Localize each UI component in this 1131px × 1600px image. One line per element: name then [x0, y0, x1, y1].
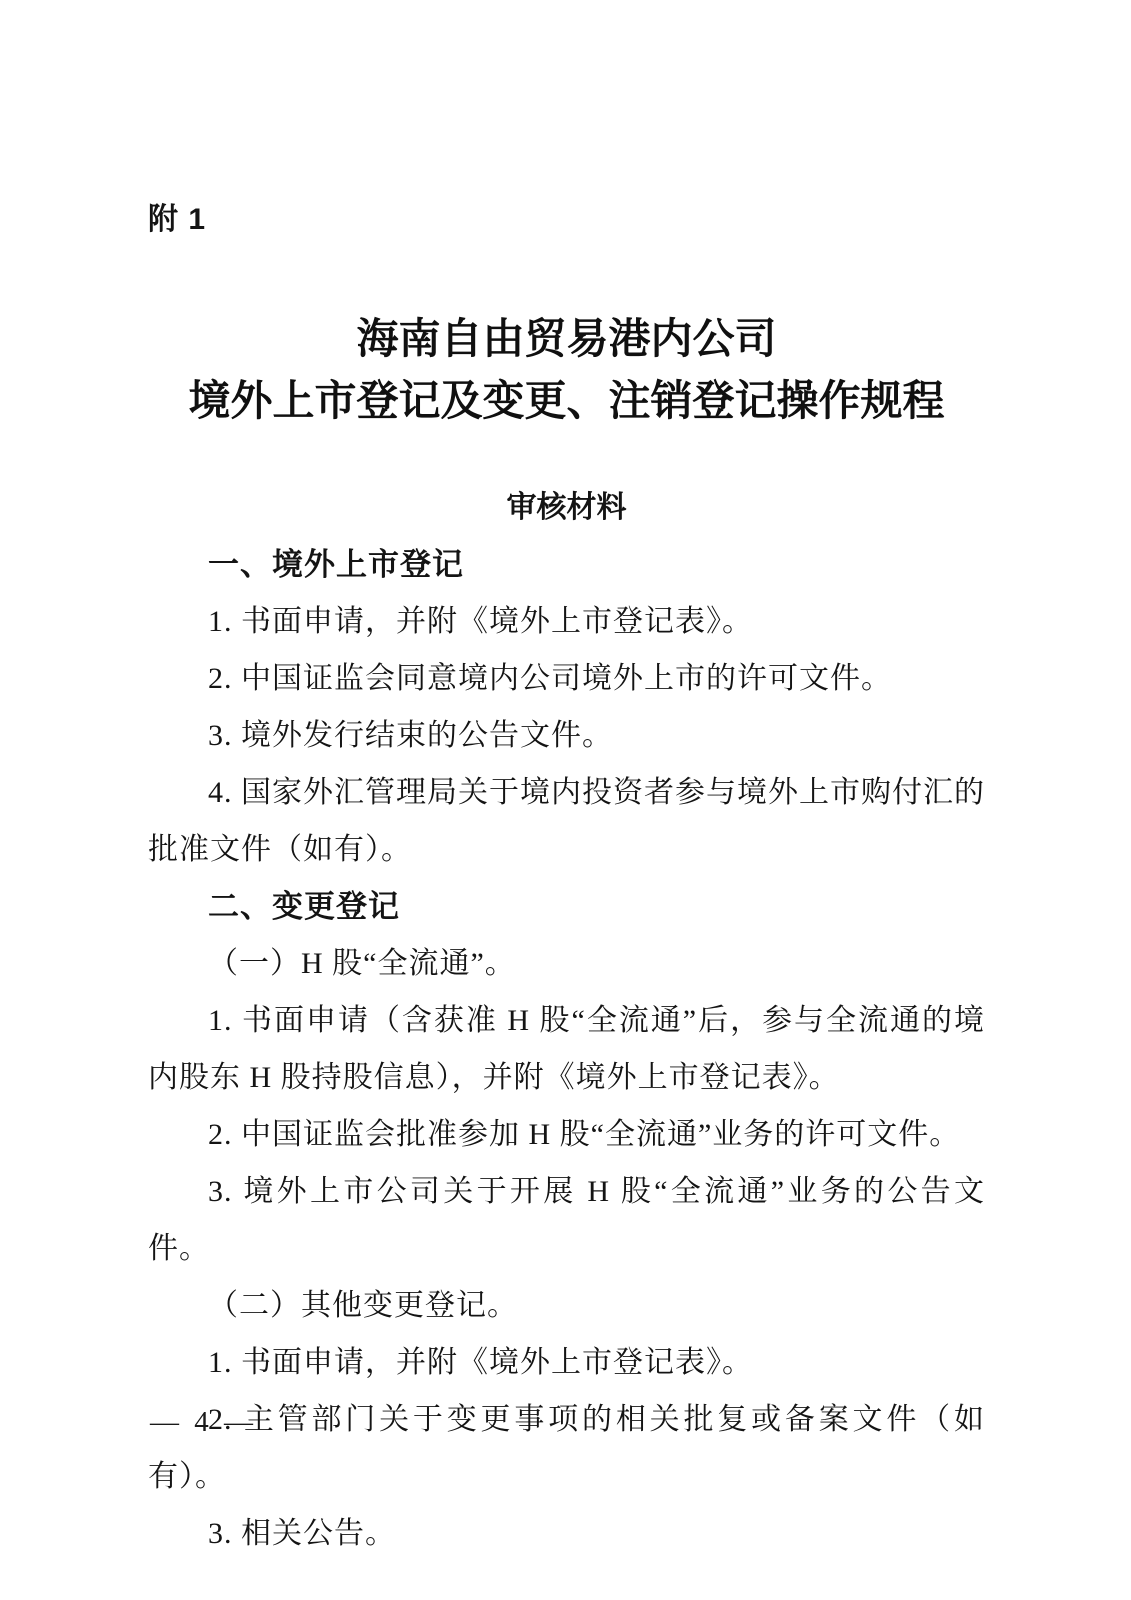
page-number: — 4 — — [150, 1406, 257, 1439]
document-subtitle: 审核材料 — [148, 488, 985, 528]
body-paragraph: 1. 书面申请（含获准 H 股“全流通”后，参与全流通的境内股东 H 股持股信息… — [148, 992, 985, 1106]
document-title-line2: 境外上市登记及变更、注销登记操作规程 — [148, 370, 985, 432]
subsection-label-other-change-registration: （二）其他变更登记。 — [148, 1277, 985, 1334]
document-title: 海南自由贸易港内公司 境外上市登记及变更、注销登记操作规程 — [148, 308, 985, 432]
attachment-label: 附 1 — [148, 202, 985, 238]
body-paragraph: 3. 相关公告。 — [148, 1505, 985, 1562]
body-paragraph: 2. 中国证监会批准参加 H 股“全流通”业务的许可文件。 — [148, 1106, 985, 1163]
body-paragraph: 1. 书面申请，并附《境外上市登记表》。 — [148, 593, 985, 650]
body-paragraph: 4. 国家外汇管理局关于境内投资者参与境外上市购付汇的批准文件（如有）。 — [148, 764, 985, 878]
body-paragraph: 3. 境外上市公司关于开展 H 股“全流通”业务的公告文件。 — [148, 1163, 985, 1277]
body-paragraph: 2. 中国证监会同意境内公司境外上市的许可文件。 — [148, 650, 985, 707]
document-title-line1: 海南自由贸易港内公司 — [148, 308, 985, 370]
body-paragraph: 3. 境外发行结束的公告文件。 — [148, 707, 985, 764]
document-body: 一、境外上市登记 1. 书面申请，并附《境外上市登记表》。 2. 中国证监会同意… — [148, 536, 985, 1562]
section-heading-change-registration: 二、变更登记 — [148, 878, 985, 935]
subsection-label-h-share-full-circulation: （一）H 股“全流通”。 — [148, 935, 985, 992]
body-paragraph: 2. 主管部门关于变更事项的相关批复或备案文件（如有）。 — [148, 1391, 985, 1505]
document-page: 附 1 海南自由贸易港内公司 境外上市登记及变更、注销登记操作规程 审核材料 一… — [0, 0, 1131, 1600]
body-paragraph: 1. 书面申请，并附《境外上市登记表》。 — [148, 1334, 985, 1391]
section-heading-overseas-listing-registration: 一、境外上市登记 — [148, 536, 985, 593]
page-content: 附 1 海南自由贸易港内公司 境外上市登记及变更、注销登记操作规程 审核材料 一… — [0, 202, 1131, 1562]
